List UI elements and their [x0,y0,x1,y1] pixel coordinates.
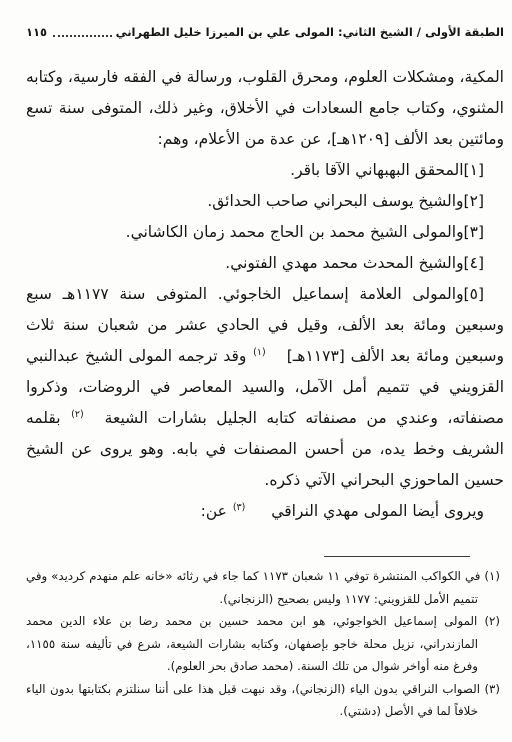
paragraph-text: عن: [201,502,232,520]
paragraph-text: [٢]والشيخ يوسف البحراني صاحب الحدائق. [207,192,484,210]
running-header: الطبقة الأولى / الشيخ الثاني: المولى علي… [26,24,504,40]
footnote-1: (١) في الكواكب المنتشرة توفي ١١ شعبان ١١… [26,565,500,610]
paragraph-text: ويروى أيضا المولى مهدي النراقي [266,502,484,520]
body-text: المكية، ومشكلات العلوم، ومحرق القلوب، ور… [26,62,504,544]
page-number: ١١٥ [26,24,49,40]
paragraph-naraqi: ويروى أيضا المولى مهدي النراقي (٣) عن: [26,496,504,527]
list-item-2: [٢]والشيخ يوسف البحراني صاحب الحدائق. [26,186,504,217]
header-dot-leader [53,35,112,37]
paragraph-text: المكية، ومشكلات العلوم، ومحرق القلوب، ور… [26,68,504,148]
paragraph-text: [١]المحقق البهبهاني الآقا باقر. [290,161,484,179]
paragraph-khajui: [٥]والمولى العلامة إسماعيل الخاجوئي. الم… [26,279,504,496]
footnotes-section: (١) في الكواكب المنتشرة توفي ١١ شعبان ١١… [26,565,500,723]
list-item-3: [٣]والمولى الشيخ محمد بن الحاج محمد زمان… [26,217,504,248]
paragraph-text: [٣]والمولى الشيخ محمد بن الحاج محمد زمان… [126,223,484,241]
list-item-4: [٤]والشيخ المحدث محمد مهدي الفتوني. [26,248,504,279]
footnote-3: (٣) الصواب النراقي بدون الياء (الزنجاني)… [26,678,500,723]
list-item-1: [١]المحقق البهبهاني الآقا باقر. [26,155,504,186]
footnote-2: (٢) المولى إسماعيل الخواجوئي، هو ابن محم… [26,610,500,678]
paragraph-continuation: المكية، ومشكلات العلوم، ومحرق القلوب، ور… [26,62,504,155]
paragraph-text: [٤]والشيخ المحدث محمد مهدي الفتوني. [225,254,484,272]
header-title: الطبقة الأولى / الشيخ الثاني: المولى علي… [116,24,504,40]
footnote-divider [324,556,470,557]
book-page: الطبقة الأولى / الشيخ الثاني: المولى علي… [0,0,512,742]
